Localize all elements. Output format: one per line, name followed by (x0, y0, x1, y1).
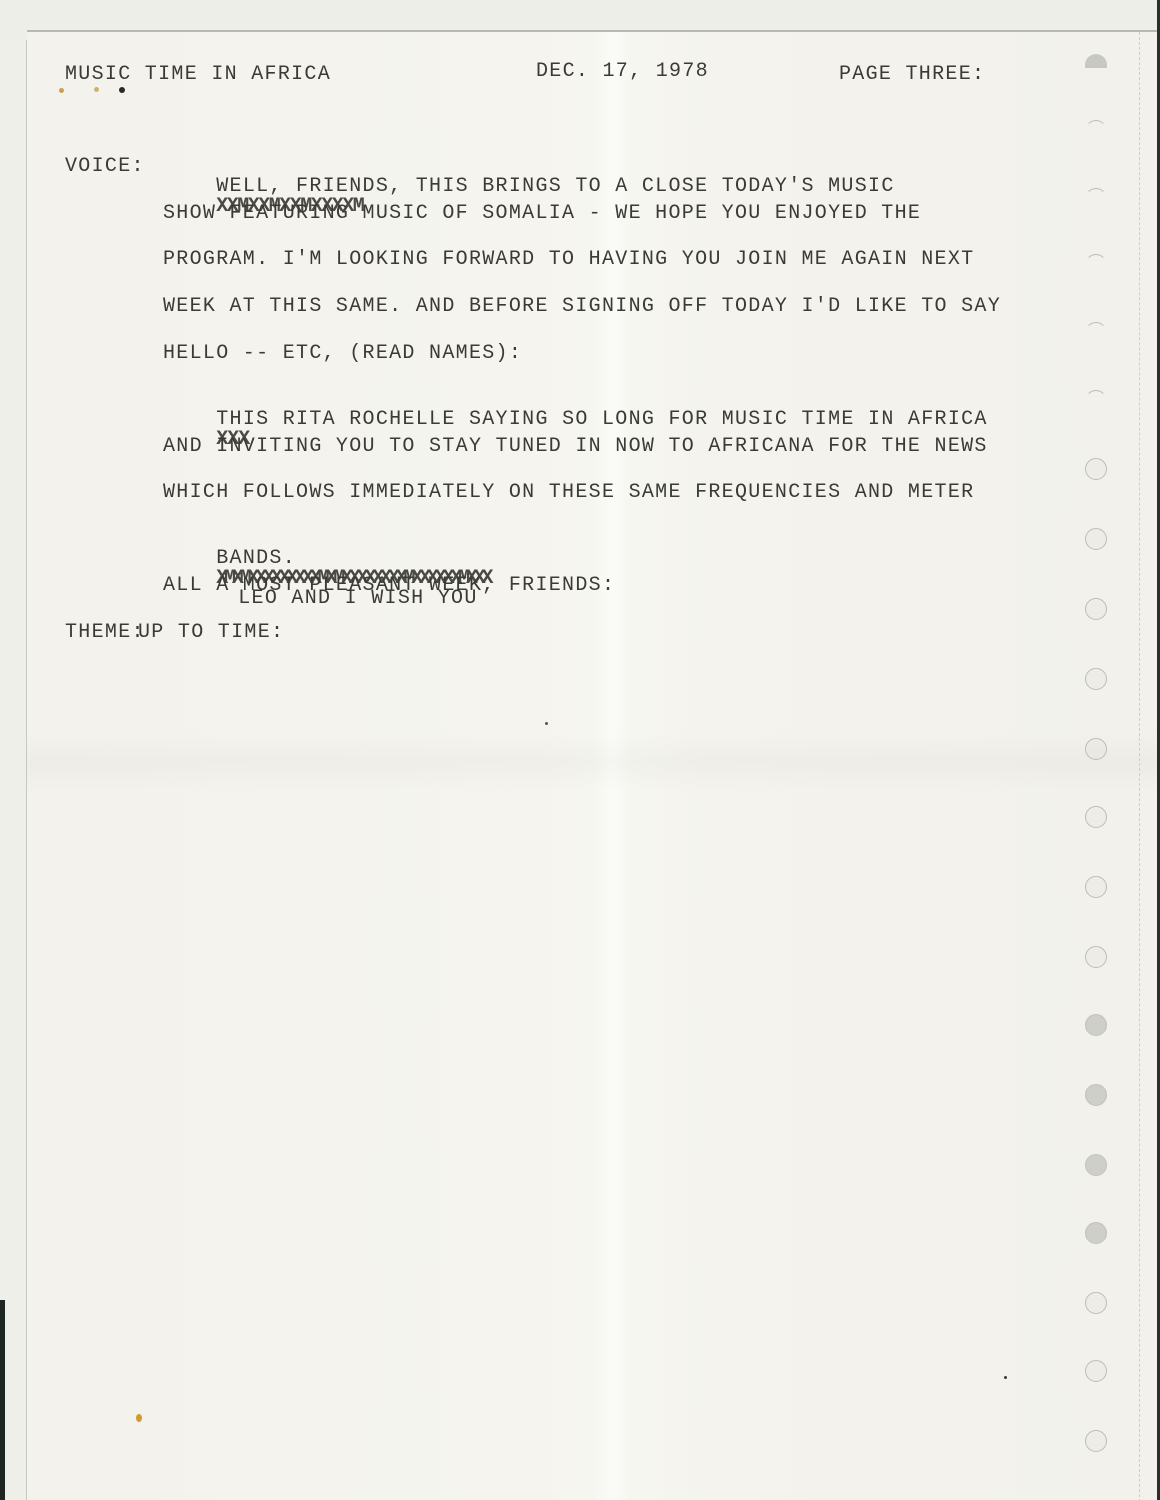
script-line: THIS RITA ROCHELLE SAYING SO LONG FOR MU… (163, 390, 988, 470)
script-line: PROGRAM. I'M LOOKING FORWARD TO HAVING Y… (163, 250, 974, 270)
stain-mark (545, 722, 548, 725)
script-date: DEC. 17, 1978 (536, 62, 709, 82)
feed-hole-icon (1085, 1360, 1107, 1382)
feed-hole-icon (1085, 390, 1107, 412)
script-line: WHICH FOLLOWS IMMEDIATELY ON THESE SAME … (163, 483, 974, 503)
stain-mark (94, 87, 99, 92)
script-line: ALL A MOST PLEASANT WEEK, FRIENDS: (163, 576, 615, 596)
tractor-feed-perforation (1139, 32, 1141, 1500)
feed-hole-icon (1085, 322, 1107, 344)
feed-hole-icon (1085, 738, 1107, 760)
speaker-label-theme: THEME: (65, 623, 145, 643)
scan-edge-shadow (0, 1300, 5, 1500)
script-line: WEEK AT THIS SAME. AND BEFORE SIGNING OF… (163, 297, 1001, 317)
stain-mark (1004, 1376, 1007, 1379)
feed-hole-icon (1085, 1084, 1107, 1106)
page-number: PAGE THREE: (839, 65, 985, 85)
script-line: AND INVITING YOU TO STAY TUNED IN NOW TO… (163, 437, 988, 457)
feed-hole-icon (1085, 1430, 1107, 1452)
script-title: MUSIC TIME IN AFRICA (65, 65, 331, 85)
feed-hole-icon (1085, 120, 1107, 142)
stain-mark (136, 1414, 142, 1422)
horizontal-fold-crease (27, 732, 1157, 792)
feed-hole-icon (1085, 54, 1107, 68)
stain-mark (119, 87, 125, 93)
feed-hole-icon (1085, 1154, 1107, 1176)
feed-hole-icon (1085, 528, 1107, 550)
feed-hole-icon (1085, 1292, 1107, 1314)
line-text: THIS RITA ROCHELLE SAYING SO LONG FOR MU… (216, 408, 988, 431)
feed-hole-icon (1085, 876, 1107, 898)
speaker-label-voice: VOICE: (65, 157, 145, 177)
feed-hole-icon (1085, 1222, 1107, 1244)
script-line: HELLO -- ETC, (READ NAMES): (163, 344, 522, 364)
feed-hole-icon (1085, 668, 1107, 690)
feed-hole-icon (1085, 188, 1107, 210)
feed-hole-icon (1085, 1014, 1107, 1036)
feed-hole-icon (1085, 458, 1107, 480)
feed-hole-icon (1085, 946, 1107, 968)
script-line: UP TO TIME: (138, 623, 284, 643)
feed-hole-icon (1085, 254, 1107, 276)
stain-mark (59, 88, 64, 93)
typewritten-page: MUSIC TIME IN AFRICA DEC. 17, 1978 PAGE … (27, 30, 1157, 1500)
script-line: WELL, FRIENDS, THIS BRINGS TO A CLOSE TO… (163, 157, 895, 237)
underlying-sheet-left (0, 40, 28, 1500)
feed-hole-icon (1085, 806, 1107, 828)
feed-hole-icon (1085, 598, 1107, 620)
script-line: SHOW FEATURING MUSIC OF SOMALIA - WE HOP… (163, 204, 921, 224)
